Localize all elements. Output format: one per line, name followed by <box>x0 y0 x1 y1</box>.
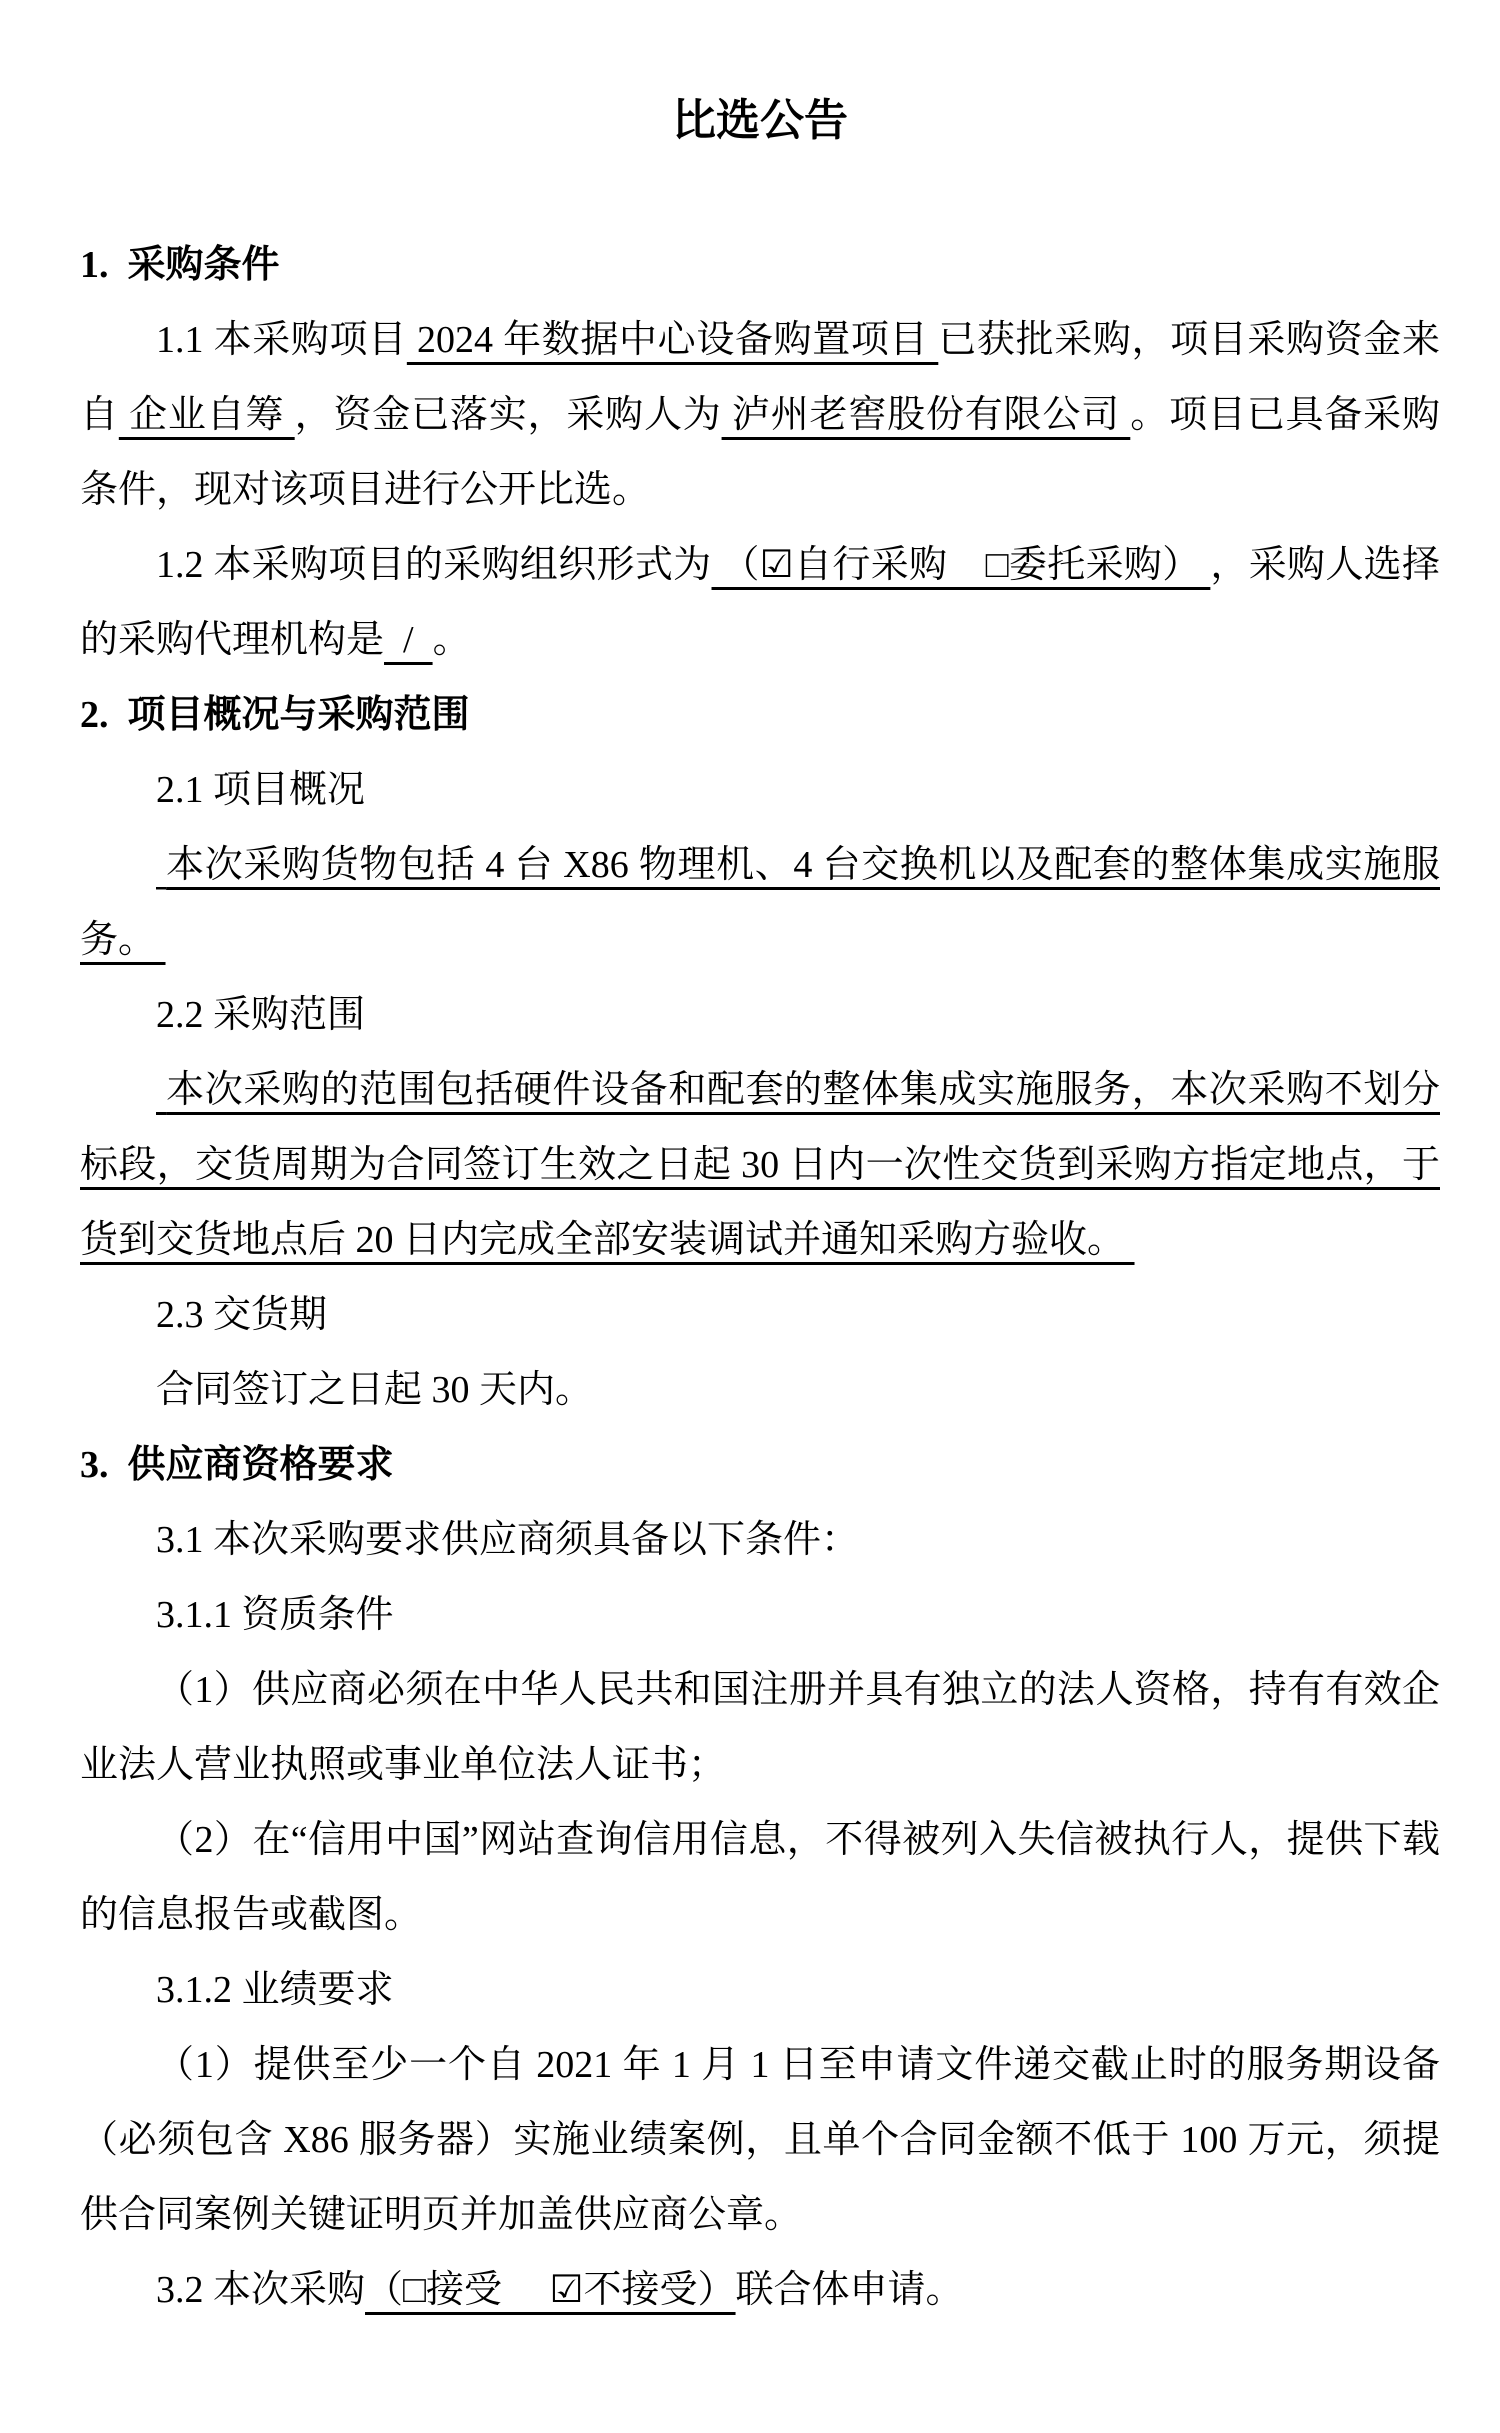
text-run: 3.2 本次采购 <box>156 2269 365 2311</box>
paragraph: 2.3 交货期 <box>80 1278 1440 1353</box>
document-title: 比选公告 <box>80 83 1440 158</box>
text-run: 2.2 采购范围 <box>156 994 365 1036</box>
document-body: 1. 采购条件1.1 本采购项目 2024 年数据中心设备购置项目 已获批采购，… <box>80 228 1440 2328</box>
text-run: （2）在“信用中国”网站查询信用信息，不得被列入失信被执行人，提供下载的信息报告… <box>80 1819 1440 1936</box>
paragraph: 1.2 本采购项目的采购组织形式为 （☑自行采购 □委托采购） ，采购人选择的采… <box>80 528 1440 678</box>
text-run: （1）供应商必须在中华人民共和国注册并具有独立的法人资格，持有有效企业法人营业执… <box>80 1669 1440 1786</box>
paragraph: 3.1 本次采购要求供应商须具备以下条件： <box>80 1503 1440 1578</box>
paragraph: 1.1 本采购项目 2024 年数据中心设备购置项目 已获批采购，项目采购资金来… <box>80 303 1440 528</box>
paragraph: 合同签订之日起 30 天内。 <box>80 1353 1440 1428</box>
paragraph: 3.2 本次采购（□接受 ☑不接受）联合体申请。 <box>80 2253 1440 2328</box>
paragraph: 2.1 项目概况 <box>80 753 1440 828</box>
filled-blank-underlined: 企业自筹 <box>119 394 295 436</box>
filled-blank-underlined: 泸州老窖股份有限公司 <box>722 394 1131 436</box>
text-run: （1）提供至少一个自 2021 年 1 月 1 日至申请文件递交截止时的服务期设… <box>80 2044 1440 2236</box>
paragraph: （2）在“信用中国”网站查询信用信息，不得被列入失信被执行人，提供下载的信息报告… <box>80 1803 1440 1953</box>
text-run: 3.1 本次采购要求供应商须具备以下条件： <box>156 1519 859 1561</box>
text-run: 2.3 交货期 <box>156 1294 327 1336</box>
text-run: ，资金已落实，采购人为 <box>295 394 722 436</box>
text-run: 。 <box>433 619 471 661</box>
text-run: 1.1 本采购项目 <box>156 319 407 361</box>
text-run: 3. 供应商资格要求 <box>80 1444 394 1486</box>
filled-blank-underlined: 本次采购货物包括 4 台 X86 物理机、4 台交换机以及配套的整体集成实施服务… <box>80 844 1440 961</box>
section-heading: 1. 采购条件 <box>80 228 1440 303</box>
text-run: 联合体申请。 <box>736 2269 964 2311</box>
paragraph: 本次采购货物包括 4 台 X86 物理机、4 台交换机以及配套的整体集成实施服务… <box>80 828 1440 978</box>
paragraph: 本次采购的范围包括硬件设备和配套的整体集成实施服务，本次采购不划分标段，交货周期… <box>80 1053 1440 1278</box>
paragraph: 2.2 采购范围 <box>80 978 1440 1053</box>
text-run: 2. 项目概况与采购范围 <box>80 694 470 736</box>
paragraph: 3.1.1 资质条件 <box>80 1578 1440 1653</box>
section-heading: 2. 项目概况与采购范围 <box>80 678 1440 753</box>
filled-blank-underlined: / <box>384 619 433 661</box>
text-run: 3.1.2 业绩要求 <box>156 1969 394 2011</box>
text-run: 1. 采购条件 <box>80 244 280 286</box>
filled-blank-underlined: （☑自行采购 □委托采购） <box>712 544 1211 586</box>
text-run: 合同签订之日起 30 天内。 <box>156 1369 593 1411</box>
paragraph: （1）供应商必须在中华人民共和国注册并具有独立的法人资格，持有有效企业法人营业执… <box>80 1653 1440 1803</box>
filled-blank-underlined: （□接受 ☑不接受） <box>365 2269 736 2311</box>
text-run: 2.1 项目概况 <box>156 769 365 811</box>
document-page: 比选公告 1. 采购条件1.1 本采购项目 2024 年数据中心设备购置项目 已… <box>0 0 1500 2433</box>
filled-blank-underlined: 2024 年数据中心设备购置项目 <box>407 319 938 361</box>
text-run: 1.2 本采购项目的采购组织形式为 <box>156 544 712 586</box>
filled-blank-underlined: 本次采购的范围包括硬件设备和配套的整体集成实施服务，本次采购不划分标段，交货周期… <box>80 1069 1440 1261</box>
section-heading: 3. 供应商资格要求 <box>80 1428 1440 1503</box>
text-run: 3.1.1 资质条件 <box>156 1594 394 1636</box>
paragraph: （1）提供至少一个自 2021 年 1 月 1 日至申请文件递交截止时的服务期设… <box>80 2028 1440 2253</box>
paragraph: 3.1.2 业绩要求 <box>80 1953 1440 2028</box>
